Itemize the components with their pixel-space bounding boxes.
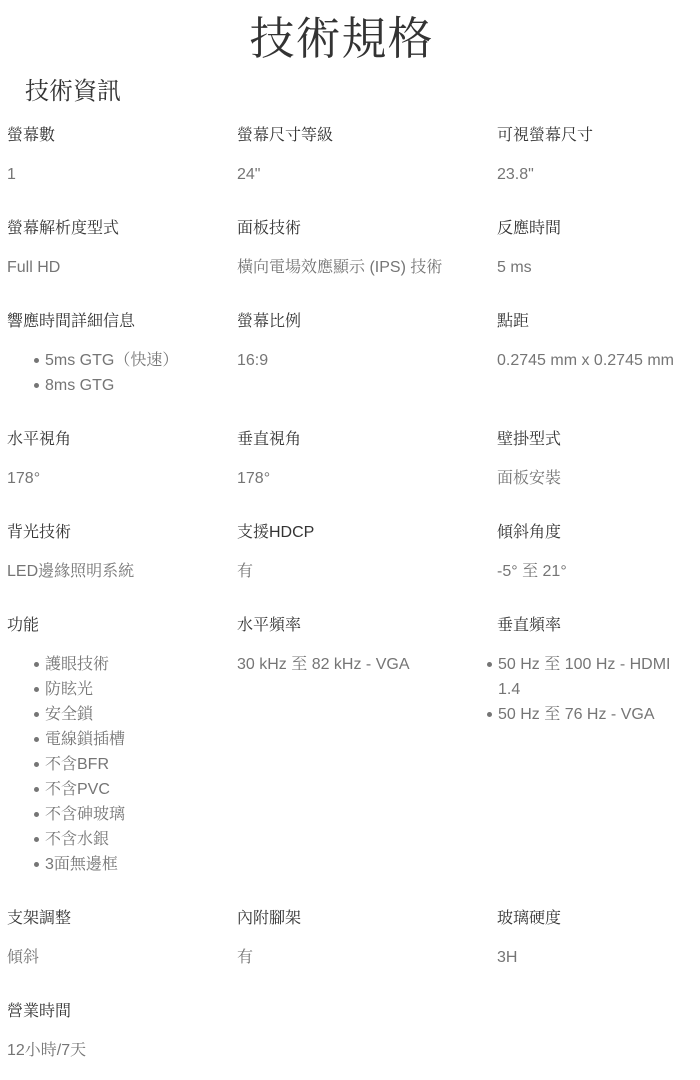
spec-cell-horizontal-frequency: 水平頻率 30 kHz 至 82 kHz - VGA [237,614,497,877]
spec-value: 3H [497,945,694,970]
spec-list-item: 防眩光 [34,677,231,702]
spec-label: 玻璃硬度 [497,907,694,931]
spec-list-item: 8ms GTG [34,373,231,398]
spec-value: 有 [237,559,491,584]
spec-label: 反應時間 [497,217,694,241]
spec-cell-screen-size-class: 螢幕尺寸等級 24" [237,124,497,187]
spec-value: 16:9 [237,348,491,373]
spec-value: 178° [7,466,231,491]
spec-label: 支架調整 [7,907,231,931]
spec-grid: 螢幕數 1 螢幕尺寸等級 24" 可視螢幕尺寸 23.8" 螢幕解析度型式 Fu… [7,124,700,1063]
spec-value: 1 [7,162,231,187]
spec-cell-horizontal-viewing-angle: 水平視角 178° [7,428,237,491]
spec-list-item: 護眼技術 [34,652,231,677]
spec-label: 點距 [497,310,694,334]
spec-cell-vertical-viewing-angle: 垂直視角 178° [237,428,497,491]
spec-label: 垂直視角 [237,428,491,452]
spec-cell-wall-mount-type: 壁掛型式 面板安裝 [497,428,700,491]
spec-cell-features: 功能 護眼技術 防眩光 安全鎖 電線鎖插槽 不含BFR 不含PVC 不含砷玻璃 … [7,614,237,877]
spec-value: 5 ms [497,255,694,280]
spec-value: 178° [237,466,491,491]
spec-value: LED邊緣照明系統 [7,559,231,584]
section-heading: 技術資訊 [25,76,700,108]
spec-cell-backlight-technology: 背光技術 LED邊緣照明系統 [7,521,237,584]
spec-value: 30 kHz 至 82 kHz - VGA [237,652,491,677]
spec-value: 23.8" [497,162,694,187]
spec-cell-viewable-size: 可視螢幕尺寸 23.8" [497,124,700,187]
spec-label: 壁掛型式 [497,428,694,452]
spec-value: -5° 至 21° [497,559,694,584]
spec-cell-response-time: 反應時間 5 ms [497,217,700,280]
spec-cell-pixel-pitch: 點距 0.2745 mm x 0.2745 mm [497,310,700,398]
spec-cell-stand-included: 內附腳架 有 [237,907,497,970]
spec-cell-vertical-frequency: 垂直頻率 50 Hz 至 100 Hz - HDMI 1.4 50 Hz 至 7… [497,614,700,877]
spec-label: 可視螢幕尺寸 [497,124,694,148]
spec-value: 24" [237,162,491,187]
spec-value: 有 [237,945,491,970]
spec-label: 垂直頻率 [497,614,694,638]
spec-row: 功能 護眼技術 防眩光 安全鎖 電線鎖插槽 不含BFR 不含PVC 不含砷玻璃 … [7,614,700,877]
spec-cell-response-time-detail: 響應時間詳細信息 5ms GTG（快速） 8ms GTG [7,310,237,398]
spec-label: 水平視角 [7,428,231,452]
spec-row: 背光技術 LED邊緣照明系統 支援HDCP 有 傾斜角度 -5° 至 21° [7,521,700,584]
spec-value: Full HD [7,255,231,280]
spec-label: 功能 [7,614,231,638]
spec-list: 護眼技術 防眩光 安全鎖 電線鎖插槽 不含BFR 不含PVC 不含砷玻璃 不含水… [34,652,231,877]
spec-row: 營業時間 12小時/7天 [7,1000,700,1063]
spec-label: 螢幕數 [7,124,231,148]
spec-label: 螢幕比例 [237,310,491,334]
spec-row: 支架調整 傾斜 內附腳架 有 玻璃硬度 3H [7,907,700,970]
spec-cell-screen-count: 螢幕數 1 [7,124,237,187]
spec-label: 螢幕解析度型式 [7,217,231,241]
spec-label: 背光技術 [7,521,231,545]
spec-list-item: 50 Hz 至 76 Hz - VGA [487,702,694,727]
spec-row: 螢幕數 1 螢幕尺寸等級 24" 可視螢幕尺寸 23.8" [7,124,700,187]
spec-row: 響應時間詳細信息 5ms GTG（快速） 8ms GTG 螢幕比例 16:9 點… [7,310,700,398]
spec-cell-aspect-ratio: 螢幕比例 16:9 [237,310,497,398]
spec-row: 水平視角 178° 垂直視角 178° 壁掛型式 面板安裝 [7,428,700,491]
page-title: 技術規格 [0,12,700,66]
spec-cell-glass-hardness: 玻璃硬度 3H [497,907,700,970]
spec-value: 12小時/7天 [7,1038,231,1063]
spec-list-item: 3面無邊框 [34,852,231,877]
spec-list-item: 不含砷玻璃 [34,802,231,827]
spec-cell-stand-adjustment: 支架調整 傾斜 [7,907,237,970]
spec-list-item: 50 Hz 至 100 Hz - HDMI 1.4 [487,652,694,702]
spec-list-item: 不含BFR [34,752,231,777]
spec-value: 傾斜 [7,945,231,970]
spec-cell-panel-technology: 面板技術 橫向電場效應顯示 (IPS) 技術 [237,217,497,280]
spec-list-item: 5ms GTG（快速） [34,348,231,373]
spec-label: 內附腳架 [237,907,491,931]
spec-list-item: 不含PVC [34,777,231,802]
spec-list: 5ms GTG（快速） 8ms GTG [34,348,231,398]
spec-list-item: 不含水銀 [34,827,231,852]
spec-cell-hdcp-support: 支援HDCP 有 [237,521,497,584]
spec-list-item: 安全鎖 [34,702,231,727]
spec-label: 面板技術 [237,217,491,241]
spec-label: 傾斜角度 [497,521,694,545]
spec-list-item: 電線鎖插槽 [34,727,231,752]
spec-label: 螢幕尺寸等級 [237,124,491,148]
spec-label: 營業時間 [7,1000,231,1024]
spec-label: 支援HDCP [237,521,491,545]
spec-list: 50 Hz 至 100 Hz - HDMI 1.4 50 Hz 至 76 Hz … [487,652,694,727]
spec-cell-tilt-angle: 傾斜角度 -5° 至 21° [497,521,700,584]
spec-cell-resolution-type: 螢幕解析度型式 Full HD [7,217,237,280]
spec-label: 響應時間詳細信息 [7,310,231,334]
spec-value: 橫向電場效應顯示 (IPS) 技術 [237,255,491,280]
spec-value: 面板安裝 [497,466,694,491]
spec-label: 水平頻率 [237,614,491,638]
spec-value: 0.2745 mm x 0.2745 mm [497,348,694,373]
spec-row: 螢幕解析度型式 Full HD 面板技術 橫向電場效應顯示 (IPS) 技術 反… [7,217,700,280]
spec-cell-operating-hours: 營業時間 12小時/7天 [7,1000,237,1063]
